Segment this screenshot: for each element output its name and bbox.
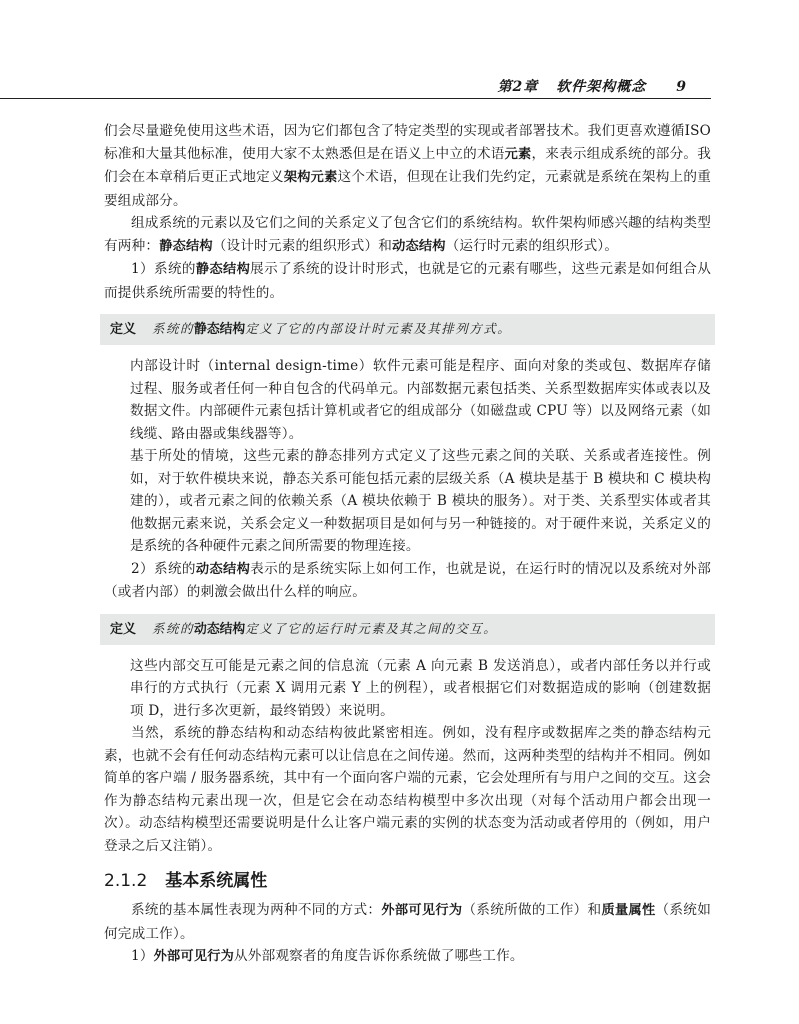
paragraph-5: 基于所处的情境，这些元素的静态排列方式定义了这些元素之间的关联、关系或者连接性。… — [130, 445, 711, 558]
text: 定义了它的内部设计时元素及其排列方式。 — [245, 321, 511, 336]
section-title: 基本系统属性 — [165, 871, 267, 891]
section-number: 2.1.2 — [104, 871, 147, 891]
term-dynamic-structure: 动态结构 — [392, 239, 446, 254]
text: 系统的 — [152, 321, 194, 336]
text: 1）系统的 — [131, 261, 196, 277]
text: （设计时元素的组织形式）和 — [213, 238, 392, 254]
term: 静态结构 — [194, 322, 245, 337]
paragraph-9: 系统的基本属性表现为两种不同的方式：外部可见行为（系统所做的工作）和质量属性（系… — [104, 899, 711, 945]
paragraph-1: 们会尽量避免使用这些术语，因为它们都包含了特定类型的实现或者部署技术。我们更喜欢… — [104, 120, 711, 212]
paragraph-4: 内部设计时（internal design-time）软件元素可能是程序、面向对… — [130, 355, 711, 445]
term-dynamic-structure: 动态结构 — [196, 562, 250, 577]
text: 2）系统的 — [131, 561, 196, 577]
definition-label: 定义 — [110, 622, 136, 637]
definition-text: 系统的动态结构定义了它的运行时元素及其之间的交互。 — [152, 621, 497, 636]
term-architectural-element: 架构元素 — [284, 170, 338, 185]
definition-label: 定义 — [110, 322, 136, 337]
text: （系统所做的工作）和 — [462, 902, 601, 918]
text: 系统的 — [152, 621, 194, 636]
text: 1） — [131, 948, 154, 964]
paragraph-3: 1）系统的静态结构展示了系统的设计时形式，也就是它的元素有哪些，这些元素是如何组… — [104, 258, 711, 304]
paragraph-6: 2）系统的动态结构表示的是系统实际上如何工作，也就是说，在运行时的情况以及系统对… — [104, 558, 711, 604]
paragraph-7: 这些内部交互可能是元素之间的信息流（元素 A 向元素 B 发送消息），或者内部任… — [130, 655, 711, 723]
term-element: 元素 — [505, 147, 532, 162]
definition-text: 系统的静态结构定义了它的内部设计时元素及其排列方式。 — [152, 321, 511, 336]
term-quality-properties: 质量属性 — [601, 903, 655, 918]
term-external-behavior: 外部可见行为 — [154, 949, 234, 964]
paragraph-2: 组成系统的元素以及它们之间的关系定义了包含它们的系统结构。软件架构师感兴趣的结构… — [104, 212, 711, 258]
definition-box-static: 定义系统的静态结构定义了它的内部设计时元素及其排列方式。 — [100, 314, 715, 345]
text: 系统的基本属性表现为两种不同的方式： — [131, 902, 381, 918]
definition-explanation-dynamic: 这些内部交互可能是元素之间的信息流（元素 A 向元素 B 发送消息），或者内部任… — [104, 655, 711, 723]
chapter-number: 第2章 — [498, 79, 539, 95]
page-number: 9 — [676, 79, 687, 95]
paragraph-10: 1）外部可见行为从外部观察者的角度告诉你系统做了哪些工作。 — [104, 945, 711, 969]
definition-explanation-static: 内部设计时（internal design-time）软件元素可能是程序、面向对… — [104, 355, 711, 558]
text: 从外部观察者的角度告诉你系统做了哪些工作。 — [234, 948, 524, 964]
chapter-title: 软件架构概念 — [556, 79, 646, 95]
page-body: 们会尽量避免使用这些术语，因为它们都包含了特定类型的实现或者部署技术。我们更喜欢… — [104, 120, 711, 969]
text: （运行时元素的组织形式）。 — [446, 238, 619, 254]
text: 定义了它的运行时元素及其之间的交互。 — [245, 621, 497, 636]
term-static-structure: 静态结构 — [196, 262, 250, 277]
term-static-structure: 静态结构 — [159, 239, 213, 254]
running-header: 第2章软件架构概念9 — [0, 76, 711, 99]
header-text: 第2章软件架构概念9 — [498, 76, 688, 96]
paragraph-8: 当然，系统的静态结构和动态结构彼此紧密相连。例如，没有程序或数据库之类的静态结构… — [104, 722, 711, 857]
definition-box-dynamic: 定义系统的动态结构定义了它的运行时元素及其之间的交互。 — [100, 614, 715, 645]
term-external-behavior: 外部可见行为 — [381, 903, 462, 918]
term: 动态结构 — [194, 622, 245, 637]
section-heading: 2.1.2基本系统属性 — [104, 869, 711, 893]
